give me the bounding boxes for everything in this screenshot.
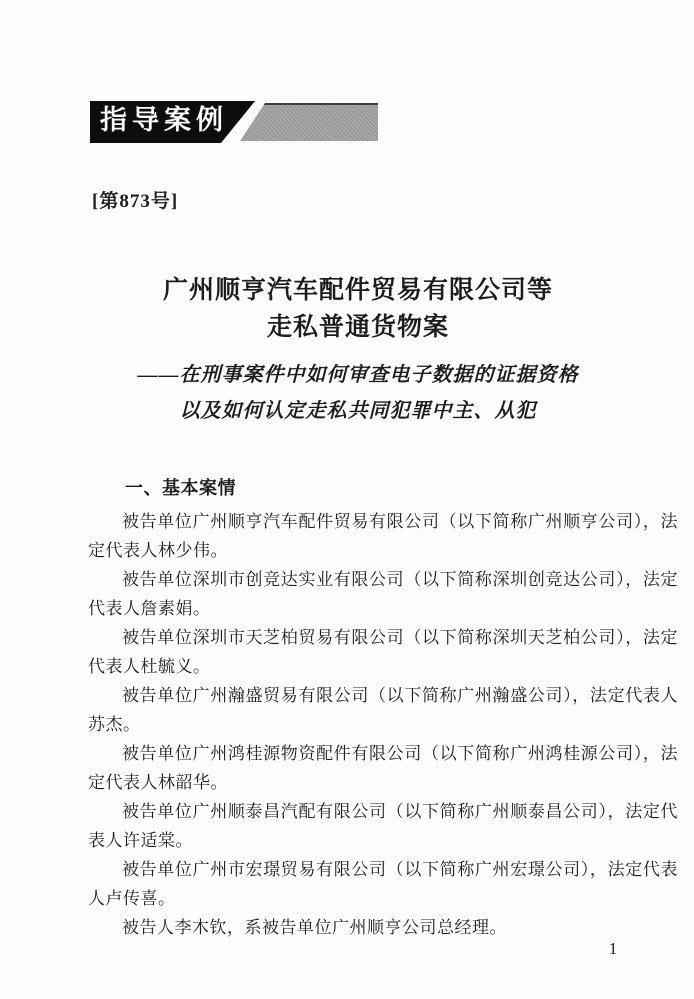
body-paragraph: 被告单位广州鸿桂源物资配件有限公司（以下简称广州鸿桂源公司），法定代表人林韶华。 xyxy=(88,739,678,797)
body-paragraph: 被告单位广州顺泰昌汽配有限公司（以下简称广州顺泰昌公司），法定代表人许适棠。 xyxy=(88,797,678,855)
case-number: [第873号] xyxy=(92,186,178,213)
case-subtitle-line1: ——在刑事案件中如何审查电子数据的证据资格 xyxy=(78,357,638,393)
banner-label: 指导案例 xyxy=(90,107,228,137)
body-paragraph: 被告单位深圳市天芝柏贸易有限公司（以下简称深圳天芝柏公司），法定代表人杜毓义。 xyxy=(88,623,678,681)
body-paragraph: 被告单位广州市宏璟贸易有限公司（以下简称广州宏璟公司），法定代表人卢传喜。 xyxy=(88,855,678,913)
case-subtitle-line2: 以及如何认定走私共同犯罪中主、从犯 xyxy=(78,393,638,429)
body-paragraph: 被告人李木钦，系被告单位广州顺亨公司总经理。 xyxy=(88,913,678,942)
body-paragraph: 被告单位深圳市创竞达实业有限公司（以下简称深圳创竞达公司），法定代表人詹素娟。 xyxy=(88,565,678,623)
body-paragraph: 被告单位广州瀚盛贸易有限公司（以下简称广州瀚盛公司），法定代表人苏杰。 xyxy=(88,681,678,739)
case-title-line2: 走私普通货物案 xyxy=(78,309,638,346)
body-paragraph: 被告单位广州顺亨汽车配件贸易有限公司（以下简称广州顺亨公司），法定代表人林少伟。 xyxy=(88,507,678,565)
page-number: 1 xyxy=(604,939,622,959)
case-title: 广州顺亨汽车配件贸易有限公司等 走私普通货物案 xyxy=(78,272,638,346)
case-title-line1: 广州顺亨汽车配件贸易有限公司等 xyxy=(78,272,638,309)
banner-label-block: 指导案例 xyxy=(90,101,255,143)
chapter-banner: 指导案例 xyxy=(90,101,378,143)
section-heading: 一、基本案情 xyxy=(88,474,236,500)
case-body: 被告单位广州顺亨汽车配件贸易有限公司（以下简称广州顺亨公司），法定代表人林少伟。… xyxy=(88,507,678,942)
case-subtitle: ——在刑事案件中如何审查电子数据的证据资格 以及如何认定走私共同犯罪中主、从犯 xyxy=(78,357,638,429)
book-page: 指导案例 [第873号] 广州顺亨汽车配件贸易有限公司等 走私普通货物案 ——在… xyxy=(0,0,694,999)
